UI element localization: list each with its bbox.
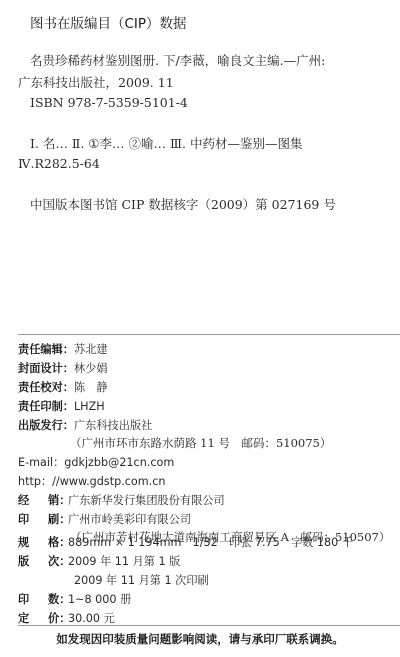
cip-classification: Ⅳ.R282.5-64 (18, 156, 100, 171)
cip-publisher-line: 广东科技出版社，2009. 11 (18, 73, 174, 91)
email-line: E-mail：gdkjzbb@21cn.com (18, 454, 174, 470)
spec-format: 规格：889mm × 1 194mm 1/32 印张 7.75 字数 180 千 (18, 534, 353, 550)
spec-label: 版次： (18, 553, 68, 569)
spec-value: 30.00 元 (68, 612, 115, 625)
credit-label: 责任编辑： (18, 341, 74, 357)
spec-label: 印数： (18, 591, 68, 607)
website-label: http： (18, 475, 52, 488)
credit-value: 苏北建 (74, 343, 108, 356)
credit-label: 封面设计： (18, 360, 74, 376)
cip-isbn: ISBN 978-7-5359-5101-4 (30, 95, 188, 110)
spec-label: 定价： (18, 610, 68, 626)
spec-printing: 2009 年 11 月第 1 次印刷 (74, 572, 209, 588)
divider-top (18, 334, 400, 335)
detail-value: 广州市岭美彩印有限公司 (68, 513, 191, 526)
spec-edition: 版次：2009 年 11 月第 1 版 (18, 553, 180, 569)
credit-label: 责任校对： (18, 379, 74, 395)
detail-label: 印刷： (18, 511, 68, 527)
credit-value: 林少娟 (74, 362, 108, 375)
spec-value: 1~8 000 册 (68, 593, 131, 606)
cip-record-number: 中国版本图书馆 CIP 数据核字（2009）第 027169 号 (30, 195, 336, 213)
credit-value: 广东科技出版社 (74, 419, 152, 432)
credit-editor: 责任编辑：苏北建 (18, 341, 108, 357)
credit-label: 出版发行： (18, 417, 74, 433)
credit-cover-design: 封面设计：林少娟 (18, 360, 108, 376)
quality-notice: 如发现因印装质量问题影响阅读，请与承印厂联系调换。 (0, 631, 400, 647)
credit-publisher: 出版发行：广东科技出版社 (18, 417, 152, 433)
spec-label: 规格： (18, 534, 68, 550)
detail-value: 广东新华发行集团股份有限公司 (68, 494, 225, 507)
divider-bottom (18, 625, 400, 626)
spec-value: 2009 年 11 月第 1 版 (68, 555, 180, 568)
detail-label: 经销： (18, 492, 68, 508)
cip-heading: 图书在版编目（CIP）数据 (30, 12, 187, 32)
website-link[interactable]: //www.gdstp.com.cn (52, 475, 165, 488)
email-label: E-mail： (18, 456, 64, 469)
publisher-address: （广州市环市东路水荫路 11 号 邮码：510075） (70, 435, 331, 451)
credit-printing-supervisor: 责任印制：LHZH (18, 398, 105, 414)
website-line: http：//www.gdstp.com.cn (18, 473, 165, 489)
detail-distributor: 经销：广东新华发行集团股份有限公司 (18, 492, 225, 508)
cip-subjects: Ⅰ. 名… Ⅱ. ①李… ②喻… Ⅲ. 中药材—鉴别—图集 (30, 134, 302, 152)
credit-label: 责任印制： (18, 398, 74, 414)
credit-value: LHZH (74, 400, 105, 413)
spec-price: 定价：30.00 元 (18, 610, 115, 626)
credit-value: 陈 静 (74, 381, 108, 394)
cip-title-line: 名贵珍稀药材鉴别图册. 下/李薇，喻良文主编.—广州: (30, 51, 325, 69)
detail-printer: 印刷：广州市岭美彩印有限公司 (18, 511, 191, 527)
email-link[interactable]: gdkjzbb@21cn.com (64, 456, 174, 469)
spec-value: 889mm × 1 194mm 1/32 印张 7.75 字数 180 千 (68, 536, 353, 549)
spec-print-run: 印数：1~8 000 册 (18, 591, 131, 607)
credit-proofreader: 责任校对：陈 静 (18, 379, 108, 395)
